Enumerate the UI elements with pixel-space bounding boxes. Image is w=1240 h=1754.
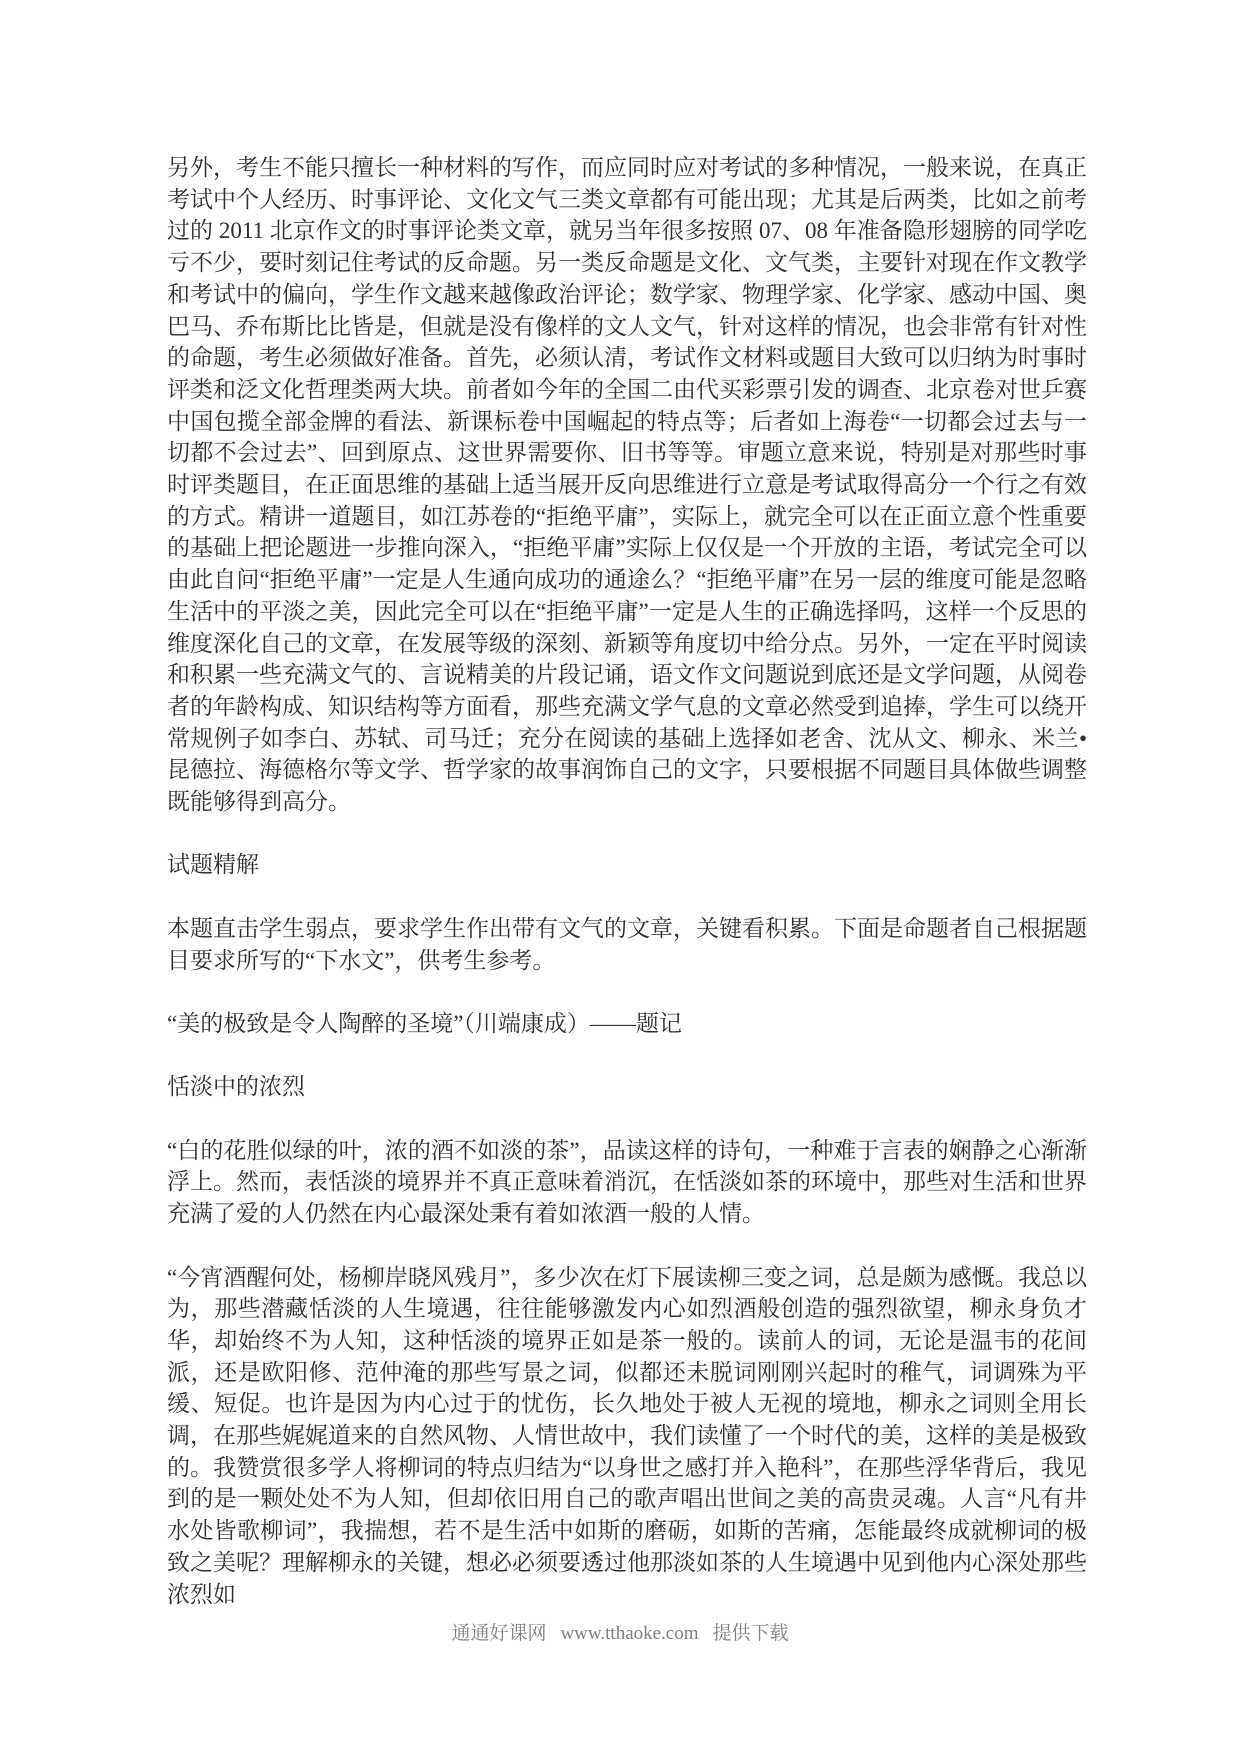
epigraph-line: “美的极致是令人陶醉的圣境”（川端康成）——题记 (167, 1008, 1087, 1040)
paragraph-essay-1: “白的花胜似绿的叶，浓的酒不如淡的茶”，品读这样的诗句，一种难于言表的娴静之心渐… (167, 1135, 1087, 1230)
document-page: 另外，考生不能只擅长一种材料的写作，而应同时应对考试的多种情况，一般来说，在真正… (0, 0, 1240, 1754)
essay-title: 恬淡中的浓烈 (167, 1071, 1087, 1103)
footer-site-name: 通通好课网 (451, 1623, 546, 1644)
paragraph-essay-2: “今宵酒醒何处，杨柳岸晓风残月”，多少次在灯下展读柳三变之词，总是颇为感慨。我总… (167, 1262, 1087, 1611)
footer-download-note: 提供下载 (713, 1623, 789, 1644)
paragraph-exam-advice: 另外，考生不能只擅长一种材料的写作，而应同时应对考试的多种情况，一般来说，在真正… (167, 152, 1087, 818)
paragraph-analysis-intro: 本题直击学生弱点，要求学生作出带有文气的文章，关键看积累。下面是命题者自己根据题… (167, 913, 1087, 976)
page-footer: 通通好课网www.tthaoke.com提供下载 (0, 1622, 1240, 1646)
section-heading-question-analysis: 试题精解 (167, 849, 1087, 881)
footer-site-url: www.tthaoke.com (560, 1623, 698, 1644)
document-body: 另外，考生不能只擅长一种材料的写作，而应同时应对考试的多种情况，一般来说，在真正… (167, 152, 1087, 1642)
